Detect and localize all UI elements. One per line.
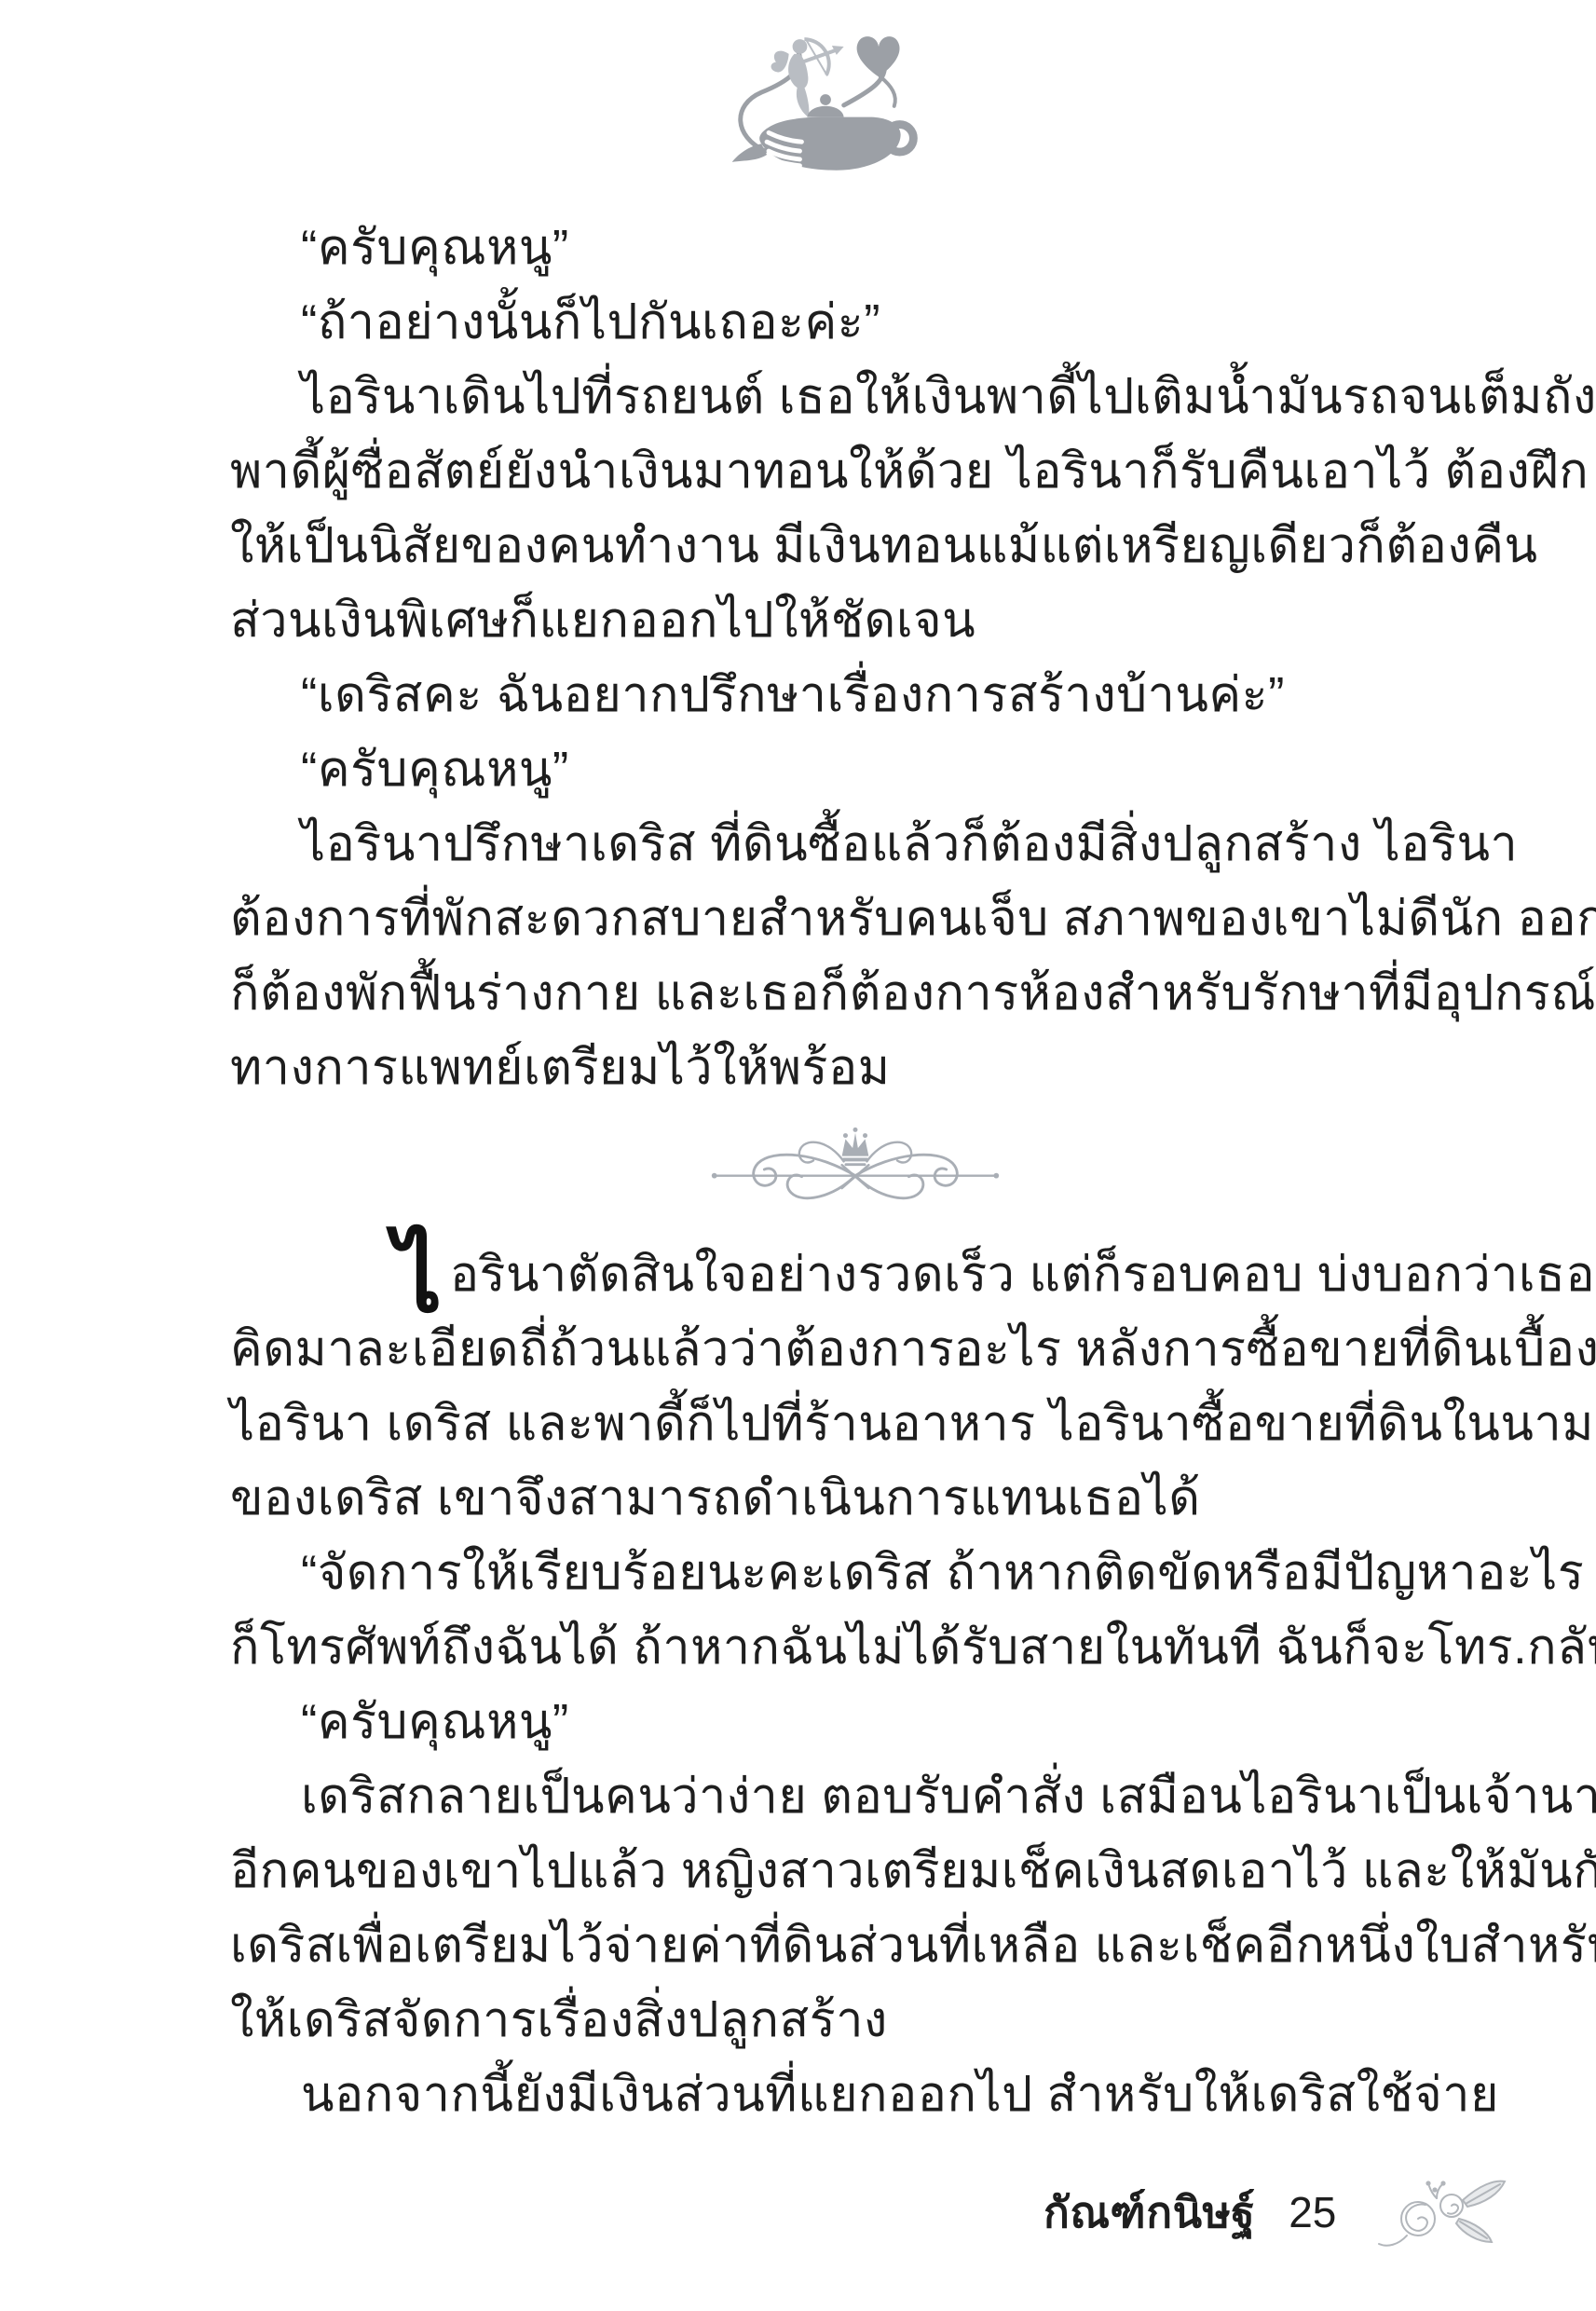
drop-cap: ไ <box>394 1241 443 1316</box>
crown-flourish-divider-icon <box>708 1122 1003 1215</box>
text-line: ให้เป็นนิสัยของคนทำงาน มีเงินทอนแม้แต่เห… <box>230 509 1371 583</box>
text-line: ไอรินาปรึกษาเดริส ที่ดินซื้อแล้วก็ต้องมี… <box>230 807 1371 882</box>
story-section-1: “ครับคุณหนู” “ถ้าอย่างนั้นก็ไปกันเถอะค่ะ… <box>230 211 1371 1105</box>
cupid-genie-lamp-icon <box>716 26 935 173</box>
page-footer: กัณฑ์กนิษฐ์ 25 <box>1044 2167 1509 2257</box>
text-line: ก็โทรศัพท์ถึงฉันได้ ถ้าหากฉันไม่ได้รับสา… <box>230 1610 1371 1685</box>
text-line: ให้เดริสจัดการเรื่องสิ่งปลูกสร้าง <box>230 1983 1371 2058</box>
genie-lamp <box>732 94 914 171</box>
flower-ornament-icon <box>1370 2169 1509 2255</box>
page-number: 25 <box>1289 2187 1336 2237</box>
text-line: ส่วนเงินพิเศษก็แยกออกไปให้ชัดเจน <box>230 583 1371 658</box>
text-line: “ถ้าอย่างนั้นก็ไปกันเถอะค่ะ” <box>230 285 1371 360</box>
book-title: กัณฑ์กนิษฐ์ <box>1044 2179 1255 2247</box>
text-line: เดริสกลายเป็นคนว่าง่าย ตอบรับคำสั่ง เสมื… <box>230 1759 1371 1834</box>
text-line: อีกคนของเขาไปแล้ว หญิงสาวเตรียมเช็คเงินส… <box>230 1834 1371 1908</box>
text-line: นอกจากนี้ยังมีเงินส่วนที่แยกออกไป สำหรับ… <box>230 2058 1371 2132</box>
text-line: ไอรินาเดินไปที่รถยนต์ เธอให้เงินพาดี้ไปเ… <box>230 360 1371 434</box>
cupid-figure <box>771 39 810 117</box>
text-line: ก็ต้องพักฟื้นร่างกาย และเธอก็ต้องการห้อง… <box>230 956 1371 1031</box>
text-line-dropcap: ไอรินาตัดสินใจอย่างรวดเร็ว แต่ก็รอบคอบ บ… <box>230 1238 1371 1312</box>
text-line: “ครับคุณหนู” <box>230 732 1371 807</box>
text-line: ของเดริส เขาจึงสามารถดำเนินการแทนเธอได้ <box>230 1461 1371 1536</box>
book-page: “ครับคุณหนู” “ถ้าอย่างนั้นก็ไปกันเถอะค่ะ… <box>0 0 1596 2311</box>
story-section-2: ไอรินาตัดสินใจอย่างรวดเร็ว แต่ก็รอบคอบ บ… <box>230 1238 1371 2132</box>
heart-shape <box>857 36 900 76</box>
text-line: อรินาตัดสินใจอย่างรวดเร็ว แต่ก็รอบคอบ บ่… <box>450 1248 1595 1302</box>
crown-shape <box>842 1128 869 1166</box>
text-line: ต้องการที่พักสะดวกสบายสำหรับคนเจ็บ สภาพข… <box>230 882 1371 956</box>
text-line: พาดี้ผู้ซื่อสัตย์ยังนำเงินมาทอนให้ด้วย ไ… <box>230 434 1371 509</box>
text-line: ทางการแพทย์เตรียมไว้ให้พร้อม <box>230 1031 1371 1105</box>
text-line: “ครับคุณหนู” <box>230 211 1371 285</box>
text-line: เดริสเพื่อเตรียมไว้จ่ายค่าที่ดินส่วนที่เ… <box>230 1908 1371 1983</box>
text-line: “ครับคุณหนู” <box>230 1685 1371 1759</box>
text-line: ไอรินา เดริส และพาดี้ก็ไปที่ร้านอาหาร ไอ… <box>230 1387 1371 1461</box>
text-line: “เดริสคะ ฉันอยากปรึกษาเรื่องการสร้างบ้าน… <box>230 658 1371 732</box>
text-line: “จัดการให้เรียบร้อยนะคะเดริส ถ้าหากติดขั… <box>230 1536 1371 1610</box>
